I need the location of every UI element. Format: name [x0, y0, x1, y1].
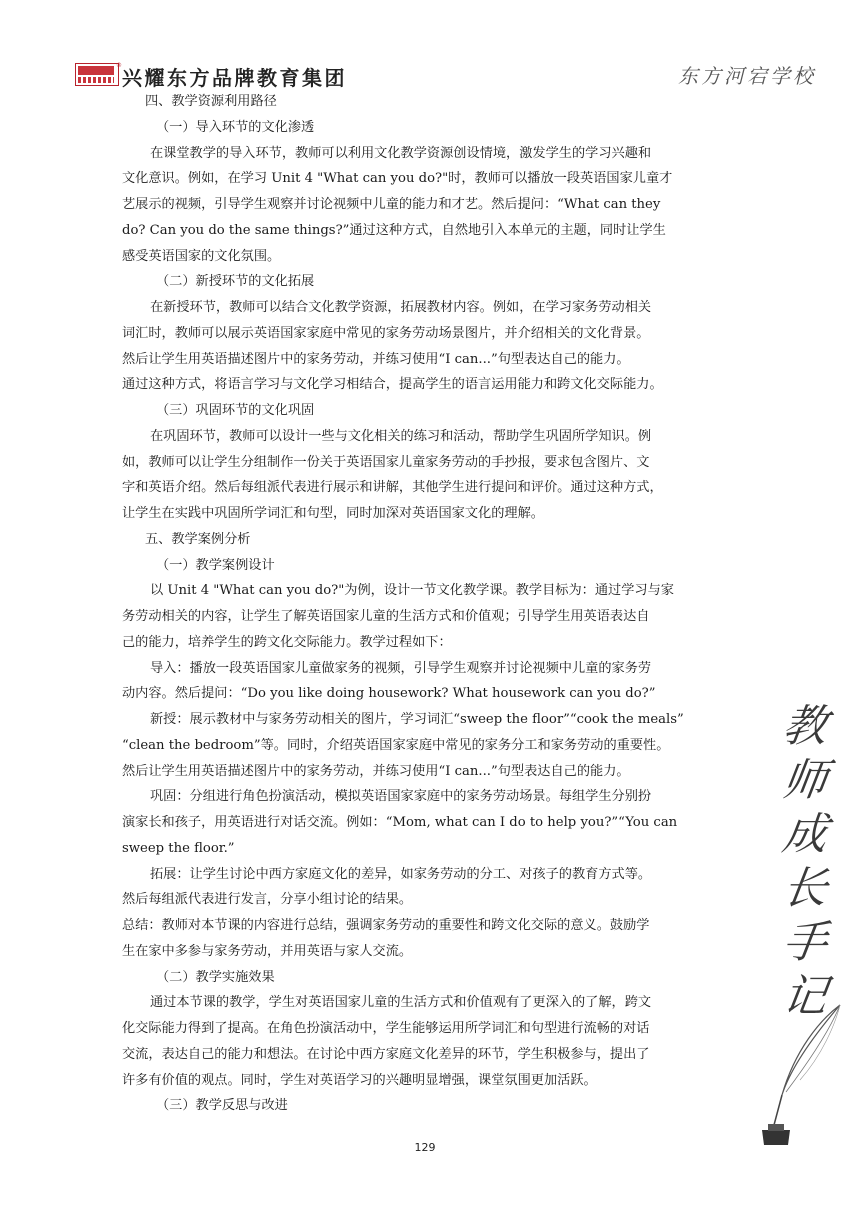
paragraph-line: 动内容。然后提问：“Do you like doing housework? W… — [122, 681, 732, 707]
section-heading: 五、教学案例分析 — [122, 527, 732, 553]
paragraph-line: 生在家中多参与家务劳动，并用英语与家人交流。 — [122, 939, 732, 965]
paragraph-line: 务劳动相关的内容，让学生了解英语国家儿童的生活方式和价值观；引导学生用英语表达自 — [122, 604, 732, 630]
paragraph-line: 文化意识。例如，在学习 Unit 4 "What can you do?"时，教… — [122, 166, 732, 192]
page-header: ® 兴耀东方品牌教育集团 东方河宕学校 — [0, 0, 850, 100]
paragraph-line: 让学生在实践中巩固所学词汇和句型，同时加深对英语国家文化的理解。 — [122, 501, 732, 527]
paragraph-first-line: 以 Unit 4 "What can you do?"为例，设计一节文化教学课。… — [122, 578, 732, 604]
side-title-char: 教 — [766, 700, 844, 754]
paragraph-line: sweep the floor.” — [122, 836, 732, 862]
paragraph-line: 感受英语国家的文化氛围。 — [122, 244, 732, 270]
paragraph-line: 然后让学生用英语描述图片中的家务劳动，并练习使用“I can...”句型表达自己… — [122, 347, 732, 373]
paragraph-first-line: 巩固：分组进行角色扮演活动，模拟英语国家家庭中的家务劳动场景。每组学生分别扮 — [122, 784, 732, 810]
paragraph-line: 艺展示的视频，引导学生观察并讨论视频中儿童的能力和才艺。然后提问：“What c… — [122, 192, 732, 218]
quill-pen-icon — [760, 1000, 850, 1150]
paragraph-line: 化交际能力得到了提高。在角色扮演活动中，学生能够运用所学词汇和句型进行流畅的对话 — [122, 1016, 732, 1042]
paragraph-first-line: 拓展：让学生讨论中西方家庭文化的差异，如家务劳动的分工、对孩子的教育方式等。 — [122, 862, 732, 888]
paragraph-first-line: 在新授环节，教师可以结合文化教学资源，拓展教材内容。例如，在学习家务劳动相关 — [122, 295, 732, 321]
paragraph-line: 然后让学生用英语描述图片中的家务劳动，并练习使用“I can...”句型表达自己… — [122, 759, 732, 785]
section-heading: 四、教学资源利用路径 — [122, 89, 732, 115]
paragraph-line: 然后每组派代表进行发言，分享小组讨论的结果。 — [122, 887, 732, 913]
side-title-char: 长 — [766, 862, 844, 916]
paragraph-first-line: 在巩固环节，教师可以设计一些与文化相关的练习和活动，帮助学生巩固所学知识。例 — [122, 424, 732, 450]
subsection-heading: （一）导入环节的文化渗透 — [122, 115, 732, 141]
logo-icon: ® — [75, 63, 119, 86]
paragraph-line: do? Can you do the same things?”通过这种方式，自… — [122, 218, 732, 244]
subsection-heading: （三）巩固环节的文化巩固 — [122, 398, 732, 424]
paragraph-line: 词汇时，教师可以展示英语国家家庭中常见的家务劳动场景图片，并介绍相关的文化背景。 — [122, 321, 732, 347]
side-title-char: 师 — [766, 754, 844, 808]
side-title-char: 成 — [766, 808, 844, 862]
paragraph-first-line: 通过本节课的教学，学生对英语国家儿童的生活方式和价值观有了更深入的了解，跨文 — [122, 990, 732, 1016]
paragraph-line: 通过这种方式，将语言学习与文化学习相结合，提高学生的语言运用能力和跨文化交际能力… — [122, 372, 732, 398]
school-name: 东方河宕学校 — [678, 60, 816, 89]
paragraph-line: 演家长和孩子，用英语进行对话交流。例如：“Mom, what can I do … — [122, 810, 732, 836]
paragraph-first-line: 新授：展示教材中与家务劳动相关的图片，学习词汇“sweep the floor”… — [122, 707, 732, 733]
paragraph-line: 己的能力，培养学生的跨文化交际能力。教学过程如下： — [122, 630, 732, 656]
paragraph-line: 字和英语介绍。然后每组派代表进行展示和讲解，其他学生进行提问和评价。通过这种方式… — [122, 475, 732, 501]
paragraph-line: “clean the bedroom”等。同时，介绍英语国家家庭中常见的家务分工… — [122, 733, 732, 759]
paragraph-line: 总结：教师对本节课的内容进行总结，强调家务劳动的重要性和跨文化交际的意义。鼓励学 — [122, 913, 732, 939]
subsection-heading: （二）教学实施效果 — [122, 965, 732, 991]
paragraph-line: 许多有价值的观点。同时，学生对英语学习的兴趣明显增强，课堂氛围更加活跃。 — [122, 1068, 732, 1094]
paragraph-line: 交流，表达自己的能力和想法。在讨论中西方家庭文化差异的环节，学生积极参与，提出了 — [122, 1042, 732, 1068]
paragraph-first-line: 在课堂教学的导入环节，教师可以利用文化教学资源创设情境，激发学生的学习兴趣和 — [122, 141, 732, 167]
side-title-char: 手 — [766, 916, 844, 970]
subsection-heading: （三）教学反思与改进 — [122, 1093, 732, 1119]
paragraph-line: 如，教师可以让学生分组制作一份关于英语国家儿童家务劳动的手抄报，要求包含图片、文 — [122, 450, 732, 476]
page-number: 129 — [0, 1141, 850, 1154]
document-body: 四、教学资源利用路径（一）导入环节的文化渗透在课堂教学的导入环节，教师可以利用文… — [122, 89, 732, 1119]
subsection-heading: （二）新授环节的文化拓展 — [122, 269, 732, 295]
paragraph-first-line: 导入：播放一段英语国家儿童做家务的视频，引导学生观察并讨论视频中儿童的家务劳 — [122, 656, 732, 682]
org-name: 兴耀东方品牌教育集团 — [122, 62, 347, 91]
subsection-heading: （一）教学案例设计 — [122, 553, 732, 579]
side-title-teacher-growth-notes: 教师成长手记 — [770, 700, 840, 1024]
